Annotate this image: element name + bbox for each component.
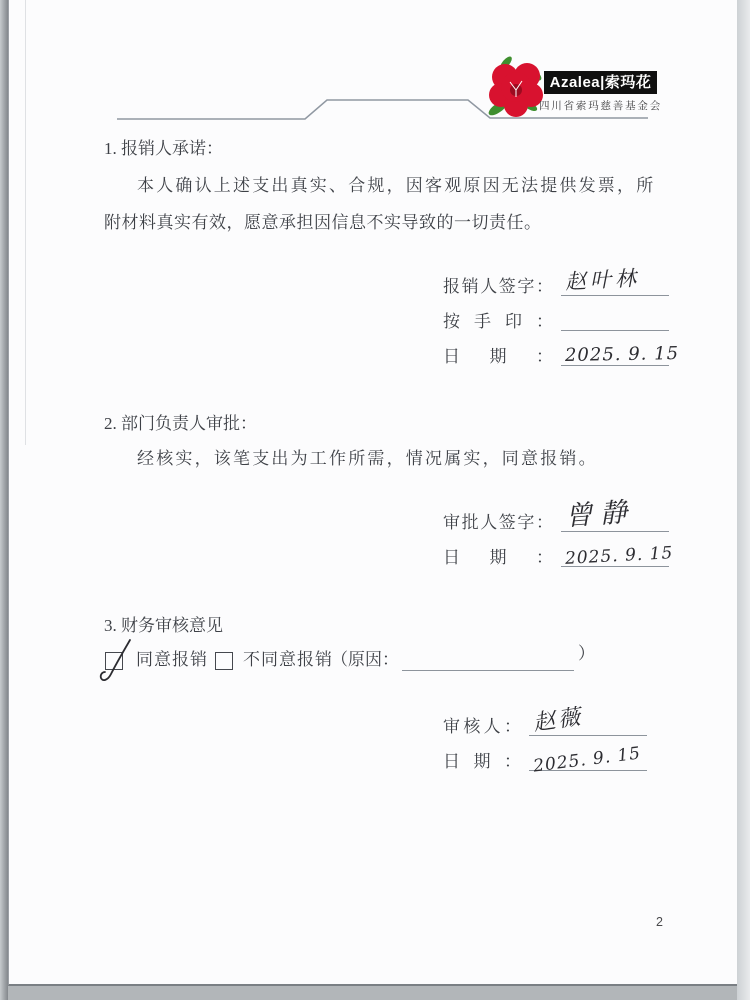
section1-body-line1: 本人确认上述支出真实、合规，因客观原因无法提供发票，所 — [137, 176, 655, 196]
approver-date-line: 2025. 9. 15 — [561, 540, 669, 567]
claimant-signature-handwriting: 赵叶林 — [564, 262, 640, 296]
auditor-signature-label: 审核人： — [443, 712, 521, 736]
claimant-date-handwriting: 2025. 9. 15 — [565, 343, 679, 366]
reason-prefix: （原因： — [331, 650, 399, 670]
approver-signature-handwriting: 曾静 — [564, 490, 637, 534]
auditor-signature-handwriting: 赵薇 — [531, 700, 585, 738]
approver-date-handwriting: 2025. 9. 15 — [565, 543, 674, 569]
approver-signature-line: 曾静 — [561, 505, 669, 532]
reason-suffix: ） — [578, 644, 595, 664]
logo-brand-badge: Azalea|索玛花 — [544, 71, 657, 94]
disagree-option-label: 不同意报销 — [243, 650, 333, 670]
approver-signature-row: 审批人签字：曾静 — [443, 505, 669, 531]
section1-body-line2: 附材料真实有效，愿意承担因信息不实导致的一切责任。 — [104, 213, 542, 233]
approver-date-label: 日期： — [443, 543, 553, 567]
scan-bottom-edge — [8, 986, 737, 1000]
section2-heading: 2. 部门负责人审批： — [104, 414, 257, 434]
fingerprint-line — [561, 304, 669, 331]
approver-date-row: 日期：2025. 9. 15 — [443, 540, 669, 566]
auditor-signature-row: 审核人：赵薇 — [443, 709, 647, 735]
agree-option-label: 同意报销 — [136, 650, 208, 670]
logo-org-name: 四川省索玛慈善基金会 — [539, 98, 662, 113]
claimant-signature-row: 报销人签字：赵叶林 — [443, 269, 669, 295]
claimant-signature-label: 报销人签字： — [443, 272, 553, 296]
fingerprint-label: 按手印： — [443, 307, 553, 331]
disagree-checkbox — [215, 652, 233, 670]
agree-checkmark — [96, 636, 140, 688]
auditor-date-label: 日期： — [443, 747, 521, 771]
scan-artifact-line — [25, 0, 26, 445]
page-number: 2 — [656, 915, 663, 929]
section3-heading: 3. 财务审核意见 — [104, 616, 223, 636]
auditor-date-row: 日期：2025. 9. 15 — [443, 744, 647, 770]
section2-body-line1: 经核实，该笔支出为工作所需，情况属实，同意报销。 — [137, 449, 598, 469]
claimant-date-line: 2025. 9. 15 — [561, 339, 669, 366]
auditor-signature-line: 赵薇 — [529, 709, 647, 736]
scan-right-edge — [737, 0, 750, 1000]
fingerprint-row: 按手印： — [443, 304, 669, 330]
claimant-date-row: 日期：2025. 9. 15 — [443, 339, 669, 365]
claimant-signature-line: 赵叶林 — [561, 269, 669, 296]
scan-left-edge — [0, 0, 8, 1000]
section1-heading: 1. 报销人承诺： — [104, 139, 223, 159]
scanned-page: Azalea|索玛花 四川省索玛慈善基金会 1. 报销人承诺： 本人确认上述支出… — [0, 0, 750, 1000]
approver-signature-label: 审批人签字： — [443, 508, 553, 532]
reason-blank-line — [402, 648, 574, 671]
claimant-date-label: 日期： — [443, 342, 553, 366]
auditor-date-line: 2025. 9. 15 — [529, 744, 647, 771]
logo-brand-text: Azalea|索玛花 — [550, 74, 652, 91]
